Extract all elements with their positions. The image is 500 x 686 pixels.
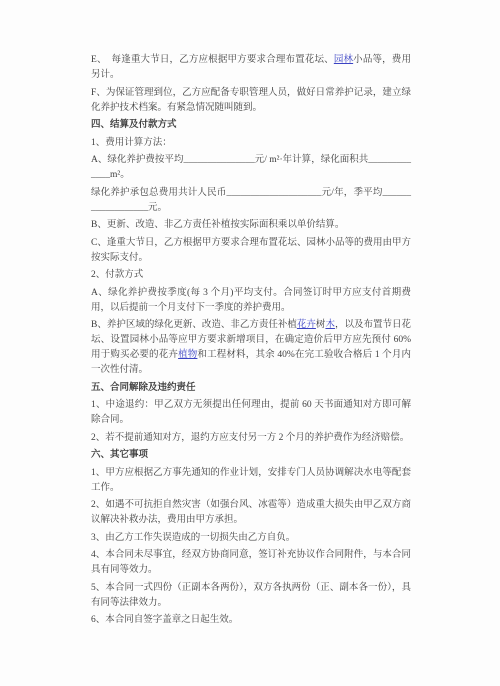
text-run: 1、中途退约：甲乙双方无须提出任何理由，提前 60 天书面通知对方即可解除合同。 [91, 400, 411, 425]
text-run: 四、结算及付款方式 [91, 120, 177, 130]
text-run: 5、本合同一式四份（正副本各两份），双方各执两份（正、副本各一份），具有同等法律… [91, 583, 411, 608]
text-run: F、为保证管理到位，乙方应配备专职管理人员，做好日常养护记录，建立绿化养护技术档… [91, 88, 411, 113]
paragraph: 3、由乙方工作失误造成的一切损失由乙方自负。 [91, 531, 411, 546]
text-run: 3、由乙方工作失误造成的一切损失由乙方自负。 [91, 533, 295, 543]
inline-link[interactable]: 花卉 [297, 320, 316, 330]
text-run: 绿化养护承包总费用共计人民币____________________元/年，季平… [91, 188, 411, 213]
text-run: 六、其它事项 [91, 450, 148, 460]
text-run: B、养护区域的绿化更新、改造、非乙方责任补植 [91, 320, 297, 330]
text-run: E、 每逢重大节日，乙方应根据甲方要求合理布置花坛、 [91, 55, 334, 65]
inline-link[interactable]: 木 [325, 320, 335, 330]
text-run: 6、本合同自签字盖章之日起生效。 [91, 615, 238, 625]
inline-link[interactable]: 园林 [334, 55, 353, 65]
paragraph: 1、中途退约：甲乙双方无须提出任何理由，提前 60 天书面通知对方即可解除合同。 [91, 398, 411, 428]
paragraph: B、更新、改造、非乙方责任补植按实际面积乘以单价结算。 [91, 218, 411, 233]
paragraph: 2、若不提前通知对方，退约方应支付另一方 2 个月的养护费作为经济赔偿。 [91, 431, 411, 446]
paragraph: 2、如遇不可抗拒自然灾害（如强台风、冰雹等）造成重大损失由甲乙双方商议解决补救办… [91, 498, 411, 528]
section-heading: 四、结算及付款方式 [91, 118, 411, 133]
text-run: 1、甲方应根据乙方事先通知的作业计划，安排专门人员协调解决水电等配套工作。 [91, 468, 411, 493]
text-run: 4、本合同未尽事宜，经双方协商同意，签订补充协议作合同附件，与本合同具有同等效力… [91, 550, 411, 575]
document-body: E、 每逢重大节日，乙方应根据甲方要求合理布置花坛、园林小品等，费用另计。F、为… [91, 53, 411, 628]
paragraph: 5、本合同一式四份（正副本各两份），双方各执两份（正、副本各一份），具有同等法律… [91, 581, 411, 611]
paragraph: 绿化养护承包总费用共计人民币____________________元/年，季平… [91, 186, 411, 216]
text-run: A、绿化养护费按平均_______________元/ m²·年计算，绿化面积共… [91, 155, 411, 180]
paragraph: A、绿化养护费按平均_______________元/ m²·年计算，绿化面积共… [91, 153, 411, 183]
paragraph: 6、本合同自签字盖章之日起生效。 [91, 613, 411, 628]
text-run: A、绿化养护费按季度(每 3 个月)平均支付。合同签订时甲方应支付首期费用，以后… [91, 288, 411, 313]
text-run: 2、付款方式 [91, 270, 143, 280]
inline-link[interactable]: 植物 [178, 350, 197, 360]
paragraph: 1、费用计算方法： [91, 136, 411, 151]
paragraph: A、绿化养护费按季度(每 3 个月)平均支付。合同签订时甲方应支付首期费用，以后… [91, 286, 411, 316]
text-run: 1、费用计算方法： [91, 138, 172, 148]
section-heading: 五、合同解除及违约责任 [91, 381, 411, 396]
text-run: 五、合同解除及违约责任 [91, 383, 196, 393]
paragraph: F、为保证管理到位，乙方应配备专职管理人员，做好日常养护记录，建立绿化养护技术档… [91, 86, 411, 116]
paragraph: C、逢重大节日，乙方根据甲方要求合理布置花坛、园林小品等的费用由甲方按实际支付。 [91, 236, 411, 266]
paragraph: E、 每逢重大节日，乙方应根据甲方要求合理布置花坛、园林小品等，费用另计。 [91, 53, 411, 83]
section-heading: 六、其它事项 [91, 448, 411, 463]
paragraph: 1、甲方应根据乙方事先通知的作业计划，安排专门人员协调解决水电等配套工作。 [91, 466, 411, 496]
text-run: B、更新、改造、非乙方责任补植按实际面积乘以单价结算。 [91, 220, 344, 230]
paragraph: B、养护区域的绿化更新、改造、非乙方责任补植花卉树木，以及布置节日花坛、设置园林… [91, 318, 411, 378]
text-run: 2、若不提前通知对方，退约方应支付另一方 2 个月的养护费作为经济赔偿。 [91, 433, 409, 443]
text-run: 树 [316, 320, 326, 330]
text-run: C、逢重大节日，乙方根据甲方要求合理布置花坛、园林小品等的费用由甲方按实际支付。 [91, 238, 411, 263]
document-page: E、 每逢重大节日，乙方应根据甲方要求合理布置花坛、园林小品等，费用另计。F、为… [0, 0, 500, 686]
paragraph: 4、本合同未尽事宜，经双方协商同意，签订补充协议作合同附件，与本合同具有同等效力… [91, 548, 411, 578]
text-run: 2、如遇不可抗拒自然灾害（如强台风、冰雹等）造成重大损失由甲乙双方商议解决补救办… [91, 500, 411, 525]
paragraph: 2、付款方式 [91, 268, 411, 283]
